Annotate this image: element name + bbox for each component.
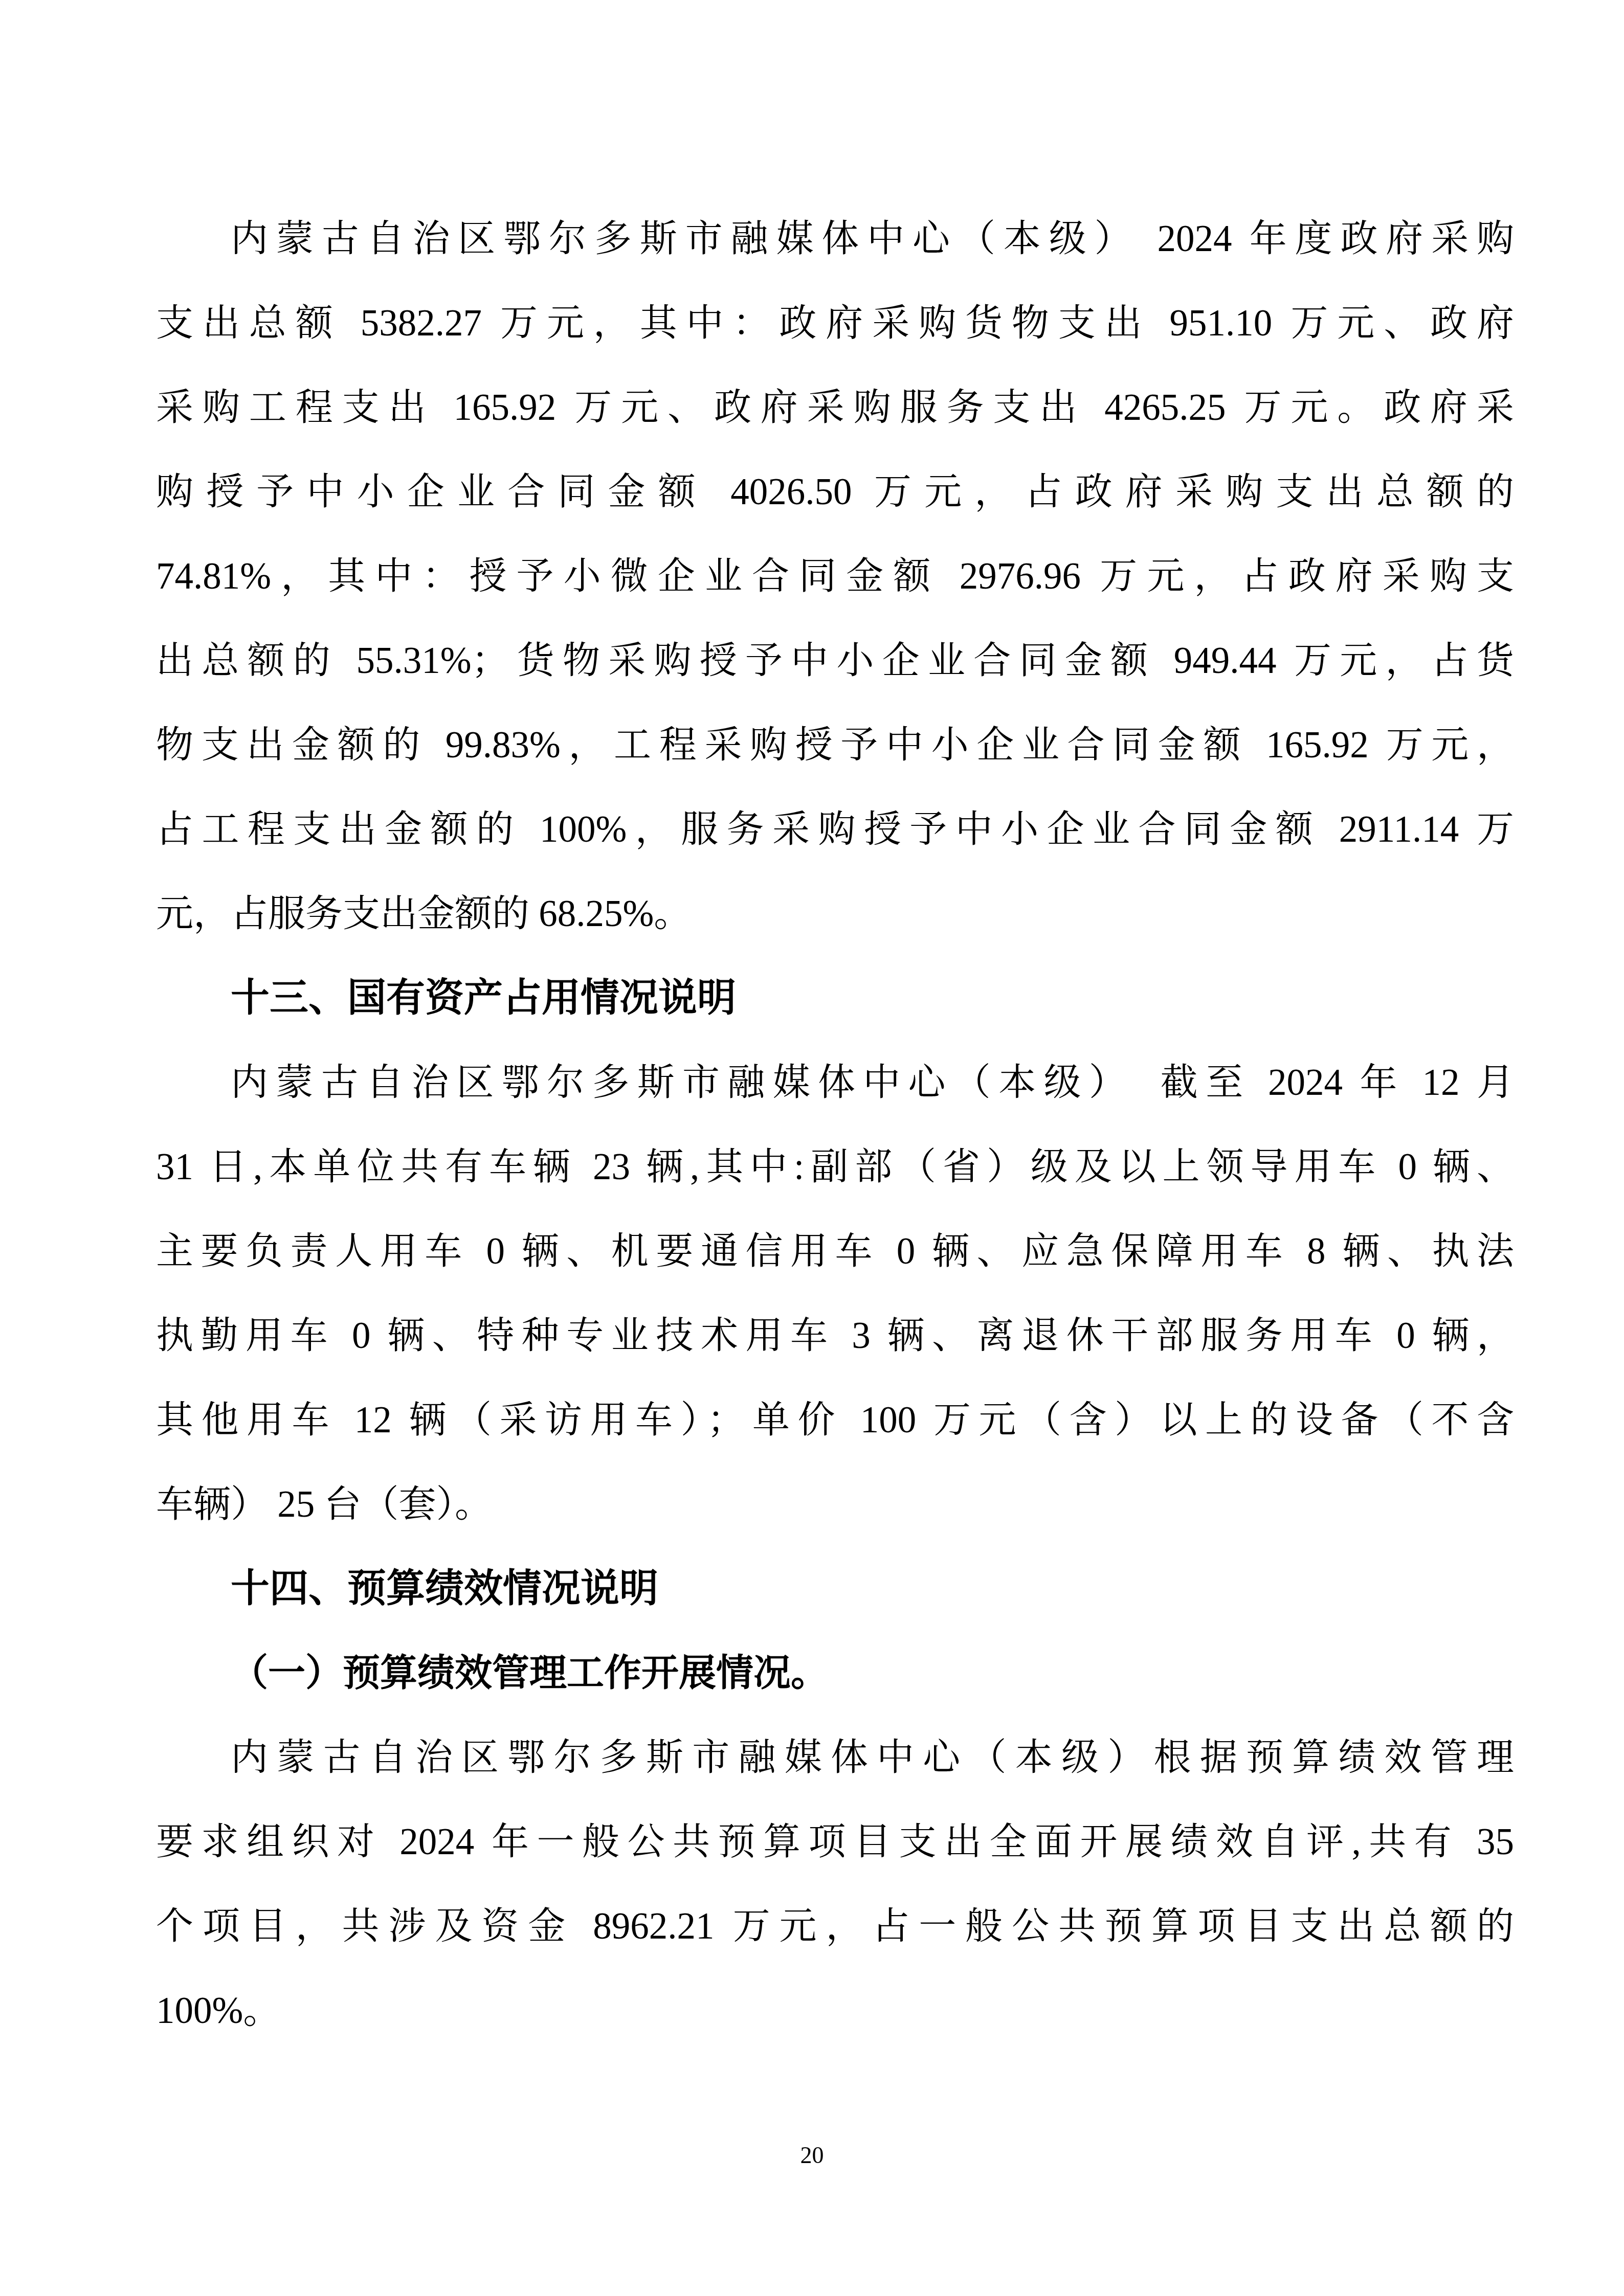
paragraph-line: 执勤用车 0 辆、特种专业技术用车 3 辆、离退休干部服务用车 0 辆， (156, 1293, 1514, 1378)
paragraph-line: 采购工程支出 165.92 万元、政府采购服务支出 4265.25 万元。政府采 (156, 365, 1514, 449)
paragraph-line: 内蒙古自治区鄂尔多斯市融媒体中心（本级）根据预算绩效管理 (156, 1715, 1514, 1799)
paragraph-line: 其他用车 12 辆（采访用车）；单价 100 万元（含）以上的设备（不含 (156, 1378, 1514, 1462)
page-number: 20 (0, 2140, 1624, 2171)
paragraph-line: 车辆） 25 台（套）。 (156, 1462, 1514, 1546)
paragraph-line: 个项目，共涉及资金 8962.21 万元，占一般公共预算项目支出总额的 (156, 1884, 1514, 1968)
document-page: 内蒙古自治区鄂尔多斯市融媒体中心（本级） 2024 年度政府采购 支出总额 53… (0, 0, 1624, 2296)
paragraph-line: 100%。 (156, 1968, 1514, 2053)
paragraph-line: 支出总额 5382.27 万元，其中：政府采购货物支出 951.10 万元、政府 (156, 281, 1514, 365)
section-heading-14: 十四、预算绩效情况说明 (156, 1546, 1514, 1631)
paragraph-line: 购授予中小企业合同金额 4026.50 万元，占政府采购支出总额的 (156, 449, 1514, 534)
paragraph-line: 主要负责人用车 0 辆、机要通信用车 0 辆、应急保障用车 8 辆、执法 (156, 1209, 1514, 1293)
section-heading-13: 十三、国有资产占用情况说明 (156, 956, 1514, 1040)
page-content: 内蒙古自治区鄂尔多斯市融媒体中心（本级） 2024 年度政府采购 支出总额 53… (156, 196, 1514, 2053)
paragraph-line: 占工程支出金额的 100%，服务采购授予中小企业合同金额 2911.14 万 (156, 787, 1514, 871)
paragraph-line: 74.81%，其中：授予小微企业合同金额 2976.96 万元，占政府采购支 (156, 534, 1514, 618)
paragraph-line: 物支出金额的 99.83%，工程采购授予中小企业合同金额 165.92 万元， (156, 703, 1514, 787)
paragraph-line: 内蒙古自治区鄂尔多斯市融媒体中心（本级） 截至 2024 年 12 月 (156, 1040, 1514, 1124)
paragraph-line: 内蒙古自治区鄂尔多斯市融媒体中心（本级） 2024 年度政府采购 (156, 196, 1514, 281)
paragraph-line: 31 日,本单位共有车辆 23 辆,其中:副部（省）级及以上领导用车 0 辆、 (156, 1124, 1514, 1209)
subsection-heading-14-1: （一）预算绩效管理工作开展情况。 (156, 1631, 1514, 1715)
paragraph-line: 要求组织对 2024 年一般公共预算项目支出全面开展绩效自评,共有 35 (156, 1799, 1514, 1884)
paragraph-line: 元，占服务支出金额的 68.25%。 (156, 871, 1514, 956)
paragraph-line: 出总额的 55.31%；货物采购授予中小企业合同金额 949.44 万元，占货 (156, 618, 1514, 703)
